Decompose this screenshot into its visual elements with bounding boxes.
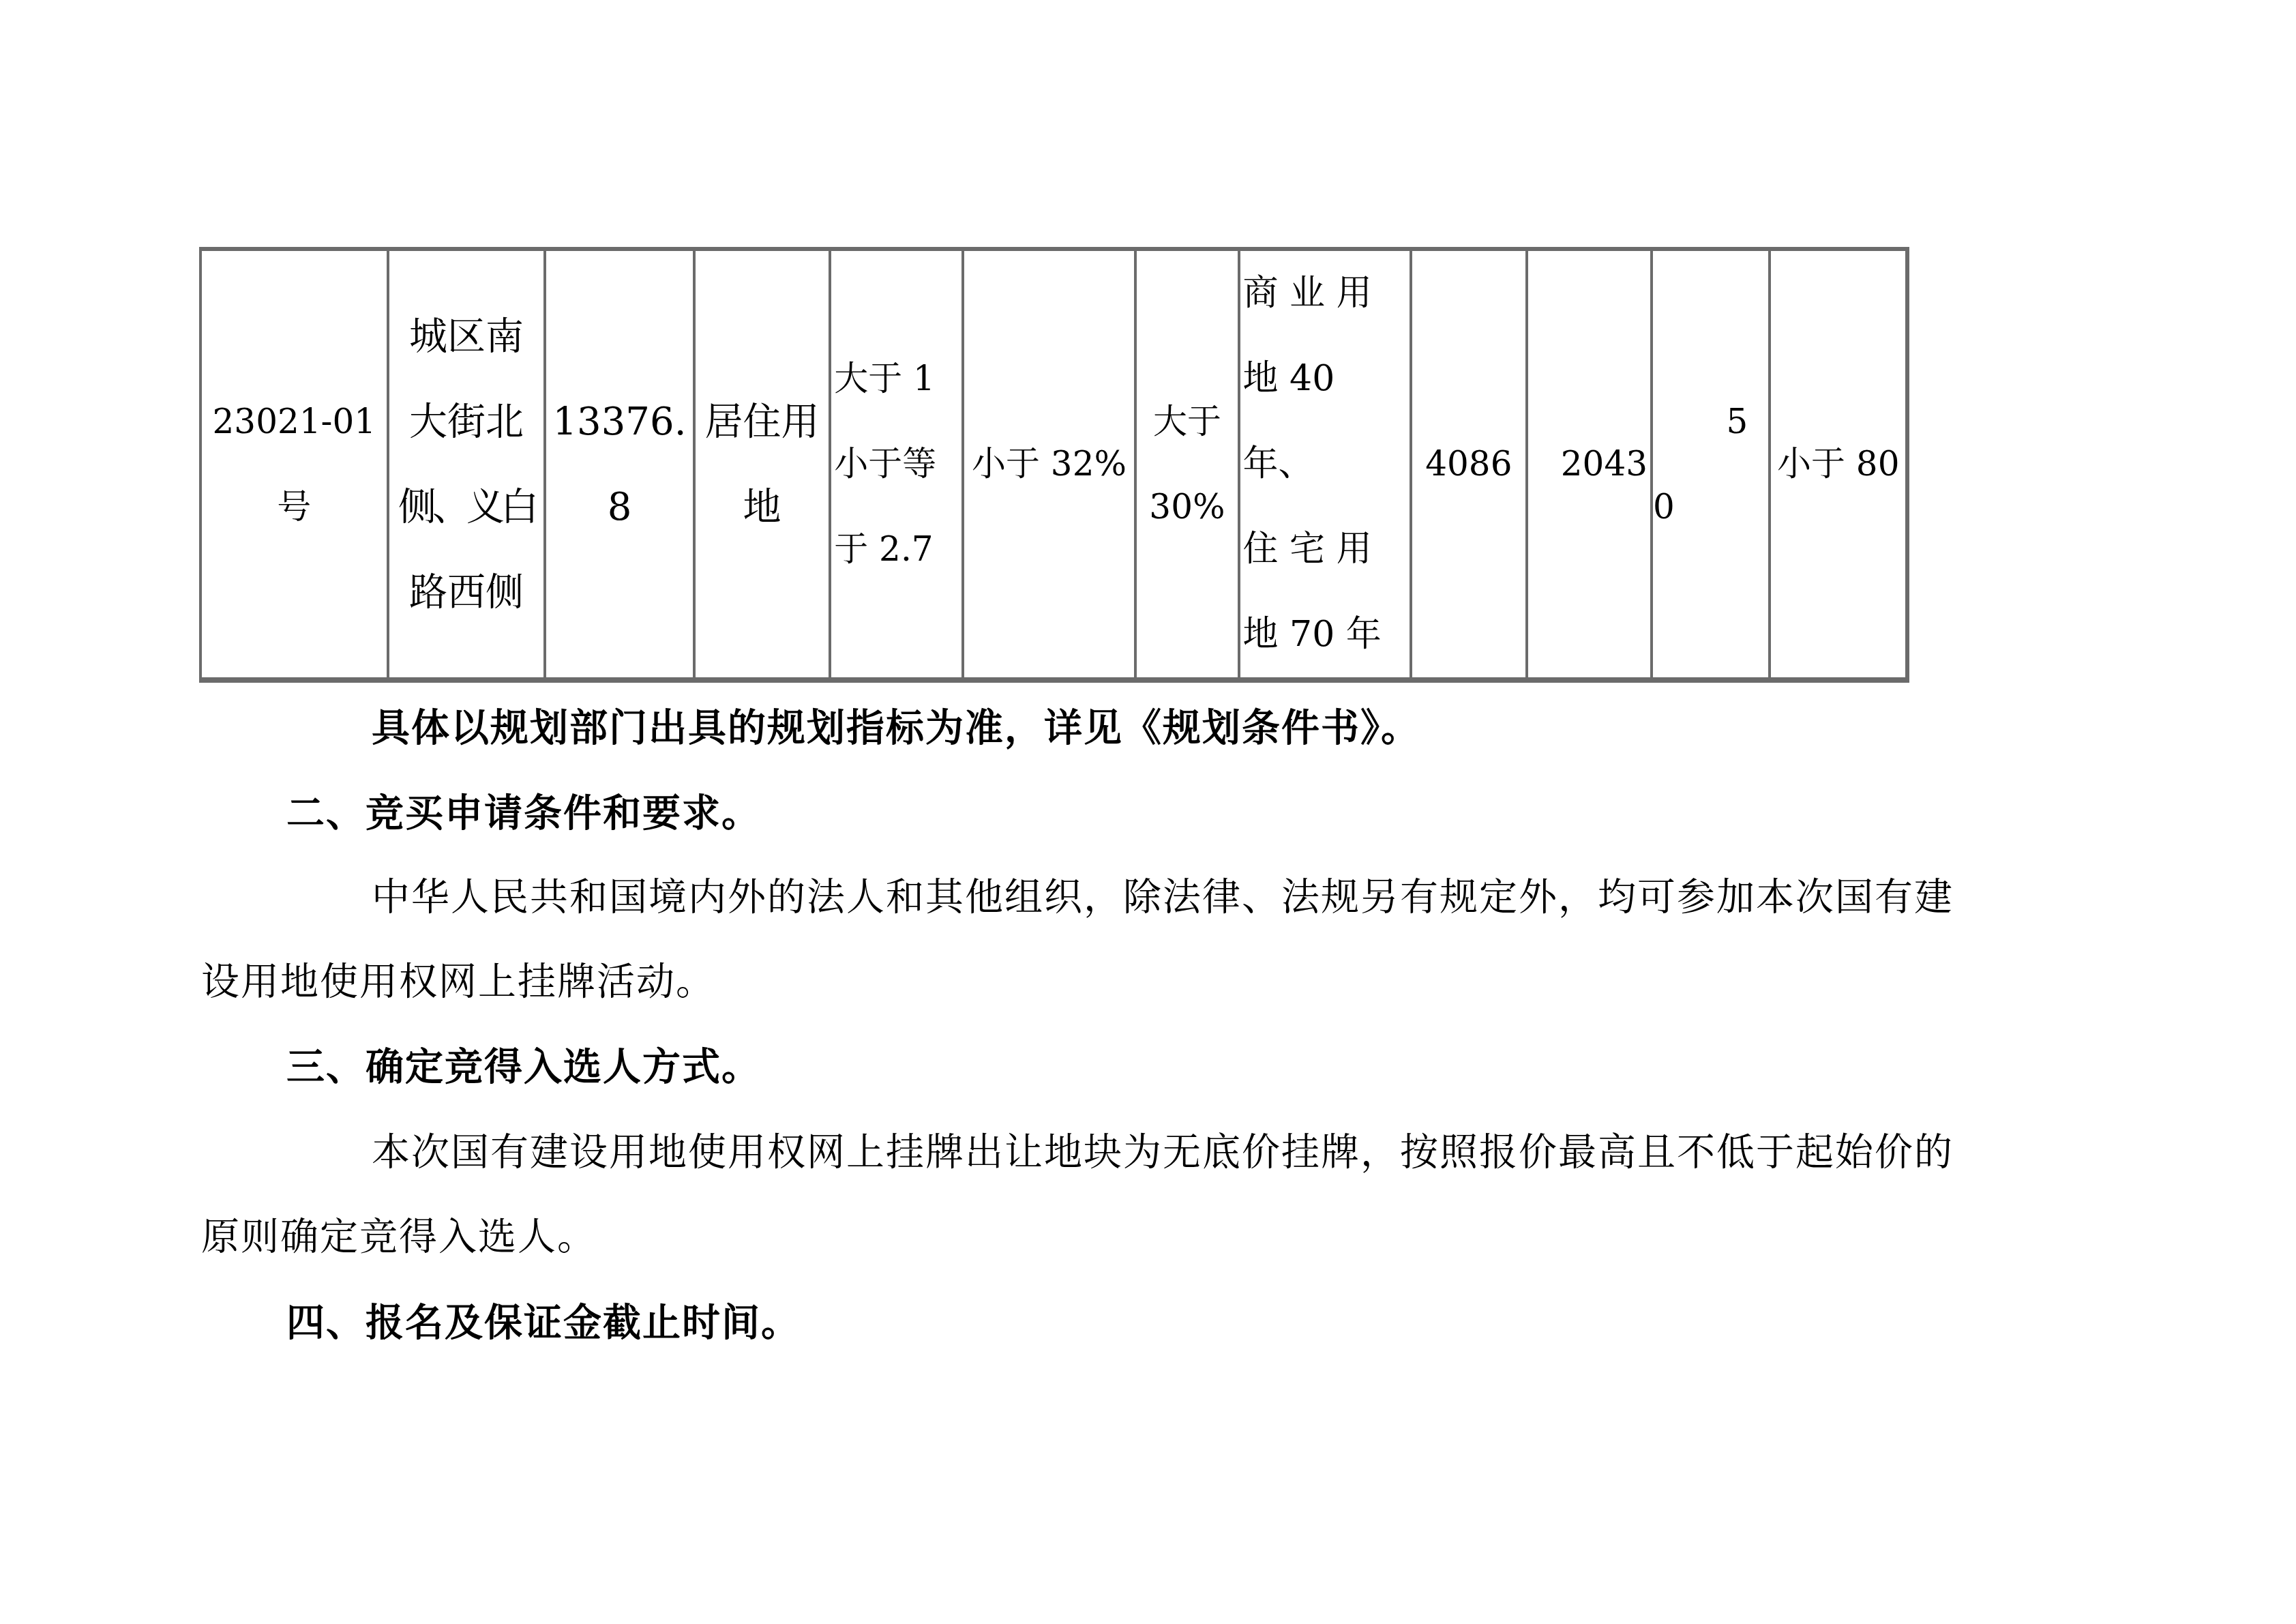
land-use-line: 地 [698,464,826,550]
section-heading-4: 四、报名及保证金截止时间。 [286,1301,801,1345]
term-line: 住 宅 用 [1243,507,1407,592]
height-cell: 小于 80 [1770,249,1907,680]
term-line: 商 业 用 [1243,251,1407,336]
start-price-value: 4086 [1415,422,1522,507]
table-row: 23021-01 号 城区南 大街北 侧、义白 路西侧 13376. 8 居住用… [200,249,1907,680]
parcel-table: 23021-01 号 城区南 大街北 侧、义白 路西侧 13376. 8 居住用… [199,247,1909,683]
green-ratio-line: 30% [1139,464,1234,550]
land-use-line: 居住用 [698,379,826,464]
area-cell: 13376. 8 [545,249,694,680]
area-line: 8 [549,464,690,550]
paragraph-text: 中华人民共和国境内外的法人和其他组织，除法律、法规另有规定外，均可参加本次国有建 [372,876,1954,919]
location-line: 大街北 [392,379,541,464]
location-line: 侧、义白 [392,464,541,550]
building-density-cell: 小于 32% [963,249,1136,680]
land-use-cell: 居住用 地 [694,249,830,680]
paragraph-text: 设用地使用权网上挂牌活动。 [201,960,715,1004]
location-line: 城区南 [392,294,541,379]
parcel-number-line: 号 [205,464,384,550]
term-line: 地 40 年、 [1243,336,1407,507]
height-value: 小于 80 [1774,422,1903,507]
increment-line: 0 [1653,464,1768,550]
section-heading-2: 二、竞买申请条件和要求。 [286,792,761,836]
building-density-value: 小于 32% [967,422,1132,507]
planning-note: 具体以规划部门出具的规划指标为准，详见《规划条件书》。 [372,707,1420,750]
increment-cell: 5 0 [1652,249,1770,680]
green-ratio-cell: 大于 30% [1135,249,1238,680]
plot-ratio-line: 大于 1 [834,336,958,422]
area-line: 13376. [549,379,690,464]
plot-ratio-line: 于 2.7 [834,507,958,592]
parcel-number-cell: 23021-01 号 [200,249,388,680]
paragraph-text: 原则确定竞得入选人。 [201,1215,597,1259]
location-line: 路西侧 [392,550,541,635]
term-cell: 商 业 用 地 40 年、 住 宅 用 地 70 年 [1239,249,1412,680]
section-heading-3: 三、确定竞得入选人方式。 [286,1046,761,1089]
location-cell: 城区南 大街北 侧、义白 路西侧 [388,249,546,680]
increment-line: 5 [1653,379,1768,464]
deposit-value: 2043 [1531,422,1648,507]
start-price-cell: 4086 [1411,249,1526,680]
plot-ratio-cell: 大于 1 小于等 于 2.7 [830,249,962,680]
parcel-number-line: 23021-01 [205,379,384,464]
term-line: 地 70 年 [1243,592,1407,677]
deposit-cell: 2043 [1527,249,1652,680]
paragraph-text: 本次国有建设用地使用权网上挂牌出让地块为无底价挂牌，按照报价最高且不低于起始价的 [372,1131,1954,1175]
plot-ratio-line: 小于等 [834,422,958,507]
green-ratio-line: 大于 [1139,379,1234,464]
